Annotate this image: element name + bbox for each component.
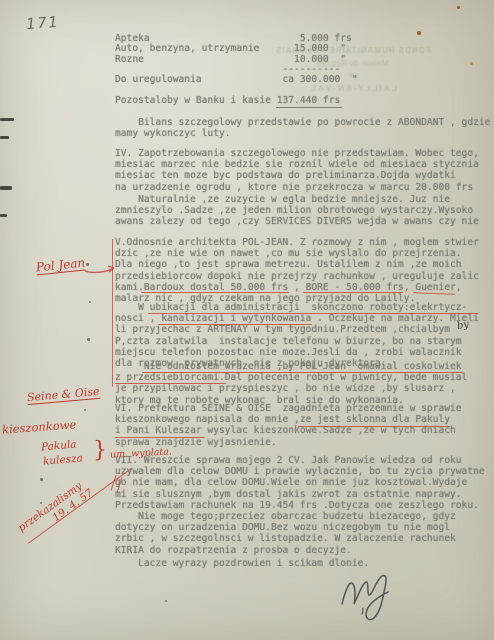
scan-speck [40,502,42,504]
scan-speck [40,478,43,481]
scan-speck [86,263,89,266]
margin-note-brace: } [93,438,107,463]
scan-artifact [0,118,14,121]
rust-speck [457,6,460,9]
page-number-pencil: 171 [25,13,60,33]
red-arrow-icon [84,262,118,276]
paragraph-bilans: Bilans szczegolowy przedstawie po powroc… [115,117,490,139]
scanned-letter-page: FONDS HUMANITAIRE POLONAIS Maison de Ret… [0,0,494,640]
scan-artifact [0,214,7,217]
paragraph-iv: IV. Zapotrzebowania szczegolowego nie pr… [115,148,479,193]
paragraph-vii: VII. Wreszcie sprawa mojego 2 CV. Jak Pa… [115,455,485,556]
scan-speck [89,301,91,303]
ledger-block: Apteka 5.000 frs Auto, benzyna, utrzyman… [115,34,358,106]
margin-note-diagonal: przekazalismy 19. 4. 57 [16,477,95,544]
margin-note-kieszonkowe: kieszonkowe [2,417,77,436]
scan-speck [84,409,86,411]
margin-note-pol-jean: Pol Jean [35,255,86,275]
scan-speck [165,600,167,602]
paragraph-closing: Lacze wyrazy pozdrowien i scikam dlonie. [115,558,369,569]
margin-note-seine-oise: Seine & Oise [27,385,101,405]
paragraph-naturalnie: Naturalnie ,ze zuzycie w egla bedzie mni… [115,194,479,228]
margin-note-kulesza: kulesza [43,452,84,467]
scan-artifact [0,136,9,139]
signature [336,568,432,634]
rust-speck [417,31,421,35]
scan-speck [87,338,90,341]
typed-underline-total [276,107,342,108]
paragraph-v: V.Odnosnie architekta POL-JEAN. Z rozmow… [115,237,479,304]
scan-artifact [0,186,12,190]
margin-note-pakula: Pakula [41,438,78,453]
rust-speck [470,62,473,65]
